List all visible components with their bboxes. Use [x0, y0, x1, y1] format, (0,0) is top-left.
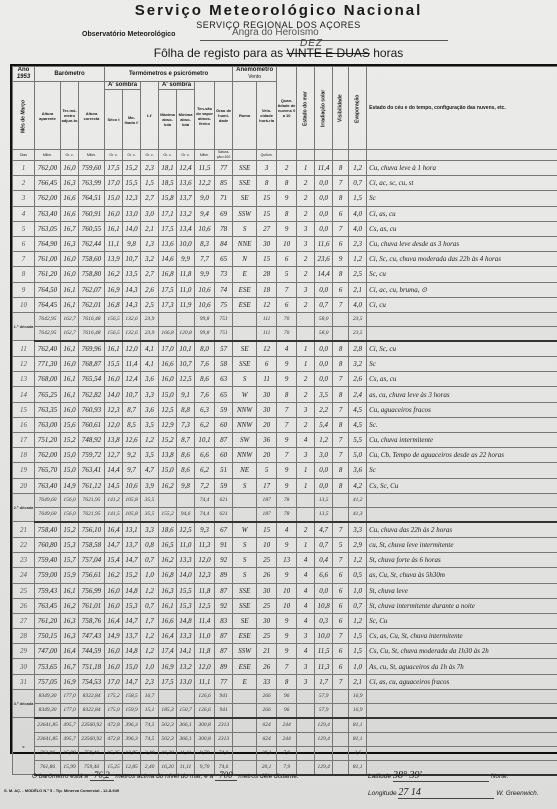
summary-cell — [233, 703, 257, 718]
day-cell: 28 — [13, 629, 35, 644]
evap-cell: 2,8 — [349, 341, 367, 357]
thermometers-header: Termómetros e psicrómetro — [105, 67, 233, 82]
sky-description: as, Cu, St, chuva às 5h30m — [367, 568, 557, 583]
day-cell: 24 — [13, 568, 35, 583]
irr-cell: 14,4 — [315, 267, 333, 282]
molh-cell: 12,3 — [123, 191, 141, 206]
summary-cell — [159, 689, 177, 703]
summary-cell: 751 — [215, 326, 233, 341]
unit-cell: Gr. c. — [123, 150, 141, 161]
sky-description: Ci, Sc, cu, chuva moderada das 22h às 4 … — [367, 252, 557, 267]
alt_ap-cell: 763,00 — [35, 417, 61, 432]
summary-cell: 187 — [257, 507, 277, 522]
irr-cell: 11,3 — [315, 659, 333, 674]
term-cell: 15,2 — [61, 433, 79, 448]
rumo-cell: S — [233, 553, 257, 568]
vis-cell: 9 — [333, 252, 349, 267]
dif-cell: 4,7 — [141, 463, 159, 478]
alt_c-cell: 744,59 — [79, 644, 105, 659]
seco-cell: 16,0 — [105, 206, 123, 221]
summary-cell: 16,9 — [349, 689, 367, 703]
hum-cell: 63 — [215, 372, 233, 387]
molh-cell: 8,7 — [123, 402, 141, 417]
tens-cell: 7,6 — [195, 387, 215, 402]
alt_ap-cell: 763,45 — [35, 598, 61, 613]
seco-cell: 16,8 — [105, 297, 123, 312]
evap-cell: 1,0 — [349, 583, 367, 598]
summary-cell: 7616,48 — [79, 312, 105, 326]
alt_c-cell: 754,53 — [79, 674, 105, 689]
summary-cell: 7,9 — [277, 746, 297, 760]
vis-cell: 8 — [333, 267, 349, 282]
mar-cell: 4 — [297, 613, 315, 628]
vis-cell: 7 — [333, 522, 349, 538]
vis-cell: 5 — [333, 537, 349, 552]
sky-description: As, cu, St, aguaceiros da 1h às 7h — [367, 659, 557, 674]
summary-cell — [233, 493, 257, 507]
seco-cell: 16,9 — [105, 282, 123, 297]
summary-cell — [233, 689, 257, 703]
summary-cell: 12,85 — [123, 746, 141, 760]
rumo-cell: W — [233, 387, 257, 402]
molh-cell: 14,3 — [123, 282, 141, 297]
summary-cell: 70 — [277, 326, 297, 341]
summary-cell: 13,5 — [315, 493, 333, 507]
vis-cell: 8 — [333, 341, 349, 357]
irr-cell: 10,8 — [315, 598, 333, 613]
summary-cell: 2313 — [215, 718, 233, 733]
unit-cell: Gr. c. — [105, 150, 123, 161]
vel-cell: 15 — [257, 522, 277, 538]
nuv-cell: 4 — [277, 522, 297, 538]
mar-cell: 4 — [297, 583, 315, 598]
decade-summary-row: 2.ª década7649,60156,07621,95141,2105,83… — [13, 493, 557, 507]
alt_c-cell: 768,87 — [79, 357, 105, 372]
summary-cell: 502,3 — [159, 718, 177, 733]
sky-description: Cs, as, cu — [367, 221, 557, 236]
register-prefix: Fôlha de registo para as — [154, 46, 283, 60]
rumo-cell: SSE — [233, 161, 257, 176]
molh-cell: 15,5 — [123, 176, 141, 191]
max-cell: 17,0 — [159, 341, 177, 357]
summary-cell: 7642,95 — [35, 326, 61, 341]
summary-cell: 156,0 — [61, 493, 79, 507]
hum-cell: 84 — [215, 236, 233, 251]
sky-description: Ci, ac, sc, cu, st — [367, 176, 557, 191]
table-row: 6764,9016,3762,4411,19,81,313,610,08,384… — [13, 236, 557, 251]
max-cell: 16,6 — [159, 357, 177, 372]
evap-cell: 2,1 — [349, 282, 367, 297]
term-cell: 16,0 — [61, 402, 79, 417]
irr-cell: 0,0 — [315, 221, 333, 236]
summary-cell: 7616,48 — [79, 326, 105, 341]
table-row: 24759,0015,9756,6116,215,21,016,814,012,… — [13, 568, 557, 583]
latitude: Latitude 38° 39' Norte. — [368, 770, 548, 782]
molh-cell: 11,4 — [123, 357, 141, 372]
alt_c-cell: 756,99 — [79, 583, 105, 598]
day-cell: 8 — [13, 267, 35, 282]
summary-cell: 941 — [215, 689, 233, 703]
vis-cell: 6 — [333, 644, 349, 659]
rumo-cell: W — [233, 522, 257, 538]
alt_ap-cell: 751,20 — [35, 433, 61, 448]
unit-cell: Milím. — [195, 150, 215, 161]
irr-cell: 0,0 — [315, 463, 333, 478]
alt_ap-cell: 758,40 — [35, 522, 61, 538]
summary-cell: 58,0 — [315, 326, 333, 341]
term-cell: 16,0 — [61, 267, 79, 282]
unit-cell: Gr. c. — [159, 150, 177, 161]
summary-cell: 396,3 — [123, 718, 141, 733]
dif-cell: 4,1 — [141, 357, 159, 372]
hum-cell: 60 — [215, 448, 233, 463]
vel-cell: 18 — [257, 282, 277, 297]
summary-cell: 74,5 — [141, 732, 159, 746]
summary-cell — [297, 732, 315, 746]
mar-cell: 3 — [297, 221, 315, 236]
summary-cell: 15,99 — [61, 746, 79, 760]
summary-empty — [367, 312, 557, 326]
month-header: Mês de Março — [13, 82, 35, 150]
seco-cell: 16,0 — [105, 644, 123, 659]
decade-summary-row: 761,8615,99759,4615,2512,852,4016,2011,1… — [13, 746, 557, 760]
term-cell: 16,1 — [61, 282, 79, 297]
max-cell: 17,3 — [159, 297, 177, 312]
vis-cell: 7 — [333, 674, 349, 689]
sky-description: Ci, cu — [367, 297, 557, 312]
evap-cell: 1,0 — [349, 659, 367, 674]
max-cell: 13,6 — [159, 236, 177, 251]
summary-cell — [177, 312, 195, 326]
sky-description: Cs, as, Cu, St, chuva intermitente — [367, 629, 557, 644]
summary-cell: 150,7 — [177, 703, 195, 718]
tens-cell: 6,6 — [195, 448, 215, 463]
rumo-cell: SSE — [233, 583, 257, 598]
mar-cell: 2 — [297, 206, 315, 221]
sky-description: St, chuva intermitente durante a noite — [367, 598, 557, 613]
sky-description: Cu, chuva das 22h às 2 horas — [367, 522, 557, 538]
tens-cell: 9,3 — [195, 522, 215, 538]
evap-cell: 4,2 — [349, 478, 367, 493]
summary-cell: 761,86 — [35, 746, 61, 760]
alt_c-cell: 764,51 — [79, 191, 105, 206]
day-cell: 22 — [13, 537, 35, 552]
summary-cell: 96 — [277, 689, 297, 703]
vel-cell: 26 — [257, 568, 277, 583]
irr-cell: 1,7 — [315, 674, 333, 689]
summary-cell: 472,8 — [105, 718, 123, 733]
sea-state-header: Estado do mar — [297, 67, 315, 150]
day-cell: 12 — [13, 357, 35, 372]
wind-speed-header: Velo-cidade horá-ria — [257, 82, 277, 150]
max-cell: 16,1 — [159, 598, 177, 613]
evap-cell: 1,5 — [349, 191, 367, 206]
tens-cell: 6,2 — [195, 417, 215, 432]
hum-cell: 92 — [215, 553, 233, 568]
molh-cell: 9,8 — [123, 236, 141, 251]
alt_ap-cell: 771,30 — [35, 357, 61, 372]
mar-cell: 3 — [297, 236, 315, 251]
decade-summary-row: 7642,95162,77616,48156,5132,623,9166,812… — [13, 326, 557, 341]
vis-cell: 7 — [333, 448, 349, 463]
hum-cell: 75 — [215, 297, 233, 312]
max-cell: 16,8 — [159, 267, 177, 282]
unit-cell: Quilóm. — [257, 150, 277, 161]
unit-cell — [233, 150, 257, 161]
vel-cell: 28 — [257, 267, 277, 282]
summary-cell: 2,40 — [141, 746, 159, 760]
wind-label: Vento — [248, 74, 261, 80]
term-cell: 16,0 — [61, 161, 79, 176]
max-cell: 16,3 — [159, 583, 177, 598]
summary-cell: 132,6 — [123, 326, 141, 341]
vel-cell: 33 — [257, 674, 277, 689]
register-title: Fôlha de registo para as VINTE E DUAS ho… — [0, 46, 557, 60]
summary-cell: 41,2 — [349, 493, 367, 507]
table-row: 27761,2016,3758,7616,414,71,716,614,811,… — [13, 613, 557, 628]
term-cell: 15,9 — [61, 568, 79, 583]
max-cell: 16,6 — [159, 613, 177, 628]
summary-cell: 495,7 — [61, 718, 79, 733]
summary-cell: 621 — [215, 507, 233, 522]
sky-description: St, chuva forte às 6 horas — [367, 553, 557, 568]
summary-cell: 57,9 — [315, 703, 333, 718]
sky-description: Sc — [367, 357, 557, 372]
hum-cell: 74 — [215, 282, 233, 297]
min-cell: 13,0 — [177, 674, 195, 689]
evap-cell: 2,6 — [349, 372, 367, 387]
dif-cell: 1,2 — [141, 583, 159, 598]
evap-cell: 4,5 — [349, 417, 367, 432]
tens-cell: 11,0 — [195, 629, 215, 644]
nuv-cell: 5 — [277, 267, 297, 282]
observatory-value: Angra do Heroísmo — [232, 27, 319, 38]
day-cell: 3 — [13, 191, 35, 206]
hum-cell: 58 — [215, 357, 233, 372]
summary-cell: 111 — [257, 312, 277, 326]
alt_ap-cell: 765,70 — [35, 463, 61, 478]
summary-cell: 111 — [257, 326, 277, 341]
dif-cell: 0,7 — [141, 553, 159, 568]
alt_ap-cell: 765,25 — [35, 387, 61, 402]
min-cell: 13,6 — [177, 176, 195, 191]
alt_ap-cell: 762,00 — [35, 191, 61, 206]
summary-cell: 166,8 — [159, 326, 177, 341]
observatory-label: Observatório Meteorológico — [82, 31, 175, 38]
hum-cell: 73 — [215, 267, 233, 282]
summary-empty — [367, 689, 557, 703]
dif-cell: 3,3 — [141, 522, 159, 538]
summary-cell: 78 — [277, 493, 297, 507]
hum-cell: 65 — [215, 252, 233, 267]
alt_ap-cell: 759,43 — [35, 583, 61, 598]
dry-header: Sêco t — [105, 90, 123, 150]
summary-cell: 7649,60 — [35, 493, 61, 507]
evap-cell: 1,5 — [349, 644, 367, 659]
summary-cell — [333, 760, 349, 775]
summary-cell: 175,2 — [105, 689, 123, 703]
sky-description: Cu, chuva leve desde as 3 horas — [367, 236, 557, 251]
seco-cell: 15,5 — [105, 357, 123, 372]
min-cell: 13,3 — [177, 629, 195, 644]
seco-cell: 13,8 — [105, 433, 123, 448]
summary-cell: 185,3 — [159, 703, 177, 718]
dif-cell: 2,3 — [141, 674, 159, 689]
evap-cell: 1,2 — [349, 252, 367, 267]
evap-cell: 1,2 — [349, 613, 367, 628]
rumo-cell: ESE — [233, 297, 257, 312]
sky-description: Sc, Cu — [367, 613, 557, 628]
summary-cell: 16,9 — [349, 703, 367, 718]
irr-cell: 0,0 — [315, 191, 333, 206]
nuv-cell: 8 — [277, 176, 297, 191]
hum-cell: 87 — [215, 433, 233, 448]
hum-cell: 71 — [215, 191, 233, 206]
molh-cell: 15,2 — [123, 161, 141, 176]
summary-cell — [333, 689, 349, 703]
nuv-cell: 9 — [277, 463, 297, 478]
summary-cell: 8349,30 — [35, 703, 61, 718]
summary-cell: 502,3 — [159, 732, 177, 746]
max-cell: 14,6 — [159, 252, 177, 267]
summary-cell — [297, 760, 315, 775]
seco-cell: 16,2 — [105, 267, 123, 282]
table-row: 21758,4015,2756,1016,413,13,318,612,59,3… — [13, 522, 557, 538]
day-cell: 26 — [13, 598, 35, 613]
nuv-cell: 10 — [277, 583, 297, 598]
nuv-cell: 7 — [277, 282, 297, 297]
summary-cell — [297, 718, 315, 733]
molh-cell: 9,2 — [123, 448, 141, 463]
summary-cell: 472,8 — [105, 732, 123, 746]
alt_c-cell: 763,99 — [79, 176, 105, 191]
alt_c-cell: 747,43 — [79, 629, 105, 644]
dif-cell: 1,5 — [141, 176, 159, 191]
vel-cell: 17 — [257, 478, 277, 493]
summary-cell: 266 — [257, 689, 277, 703]
hum-cell: 87 — [215, 583, 233, 598]
max-cell: 12,5 — [159, 402, 177, 417]
day-cell: 10 — [13, 297, 35, 312]
day-cell: 19 — [13, 463, 35, 478]
table-row: 14765,2516,1762,8214,010,73,315,09,17,66… — [13, 387, 557, 402]
alt_c-cell: 769,96 — [79, 341, 105, 357]
summary-cell: 244 — [277, 732, 297, 746]
hum-cell: 65 — [215, 387, 233, 402]
summary-cell: 23,9 — [141, 326, 159, 341]
summary-empty — [367, 326, 557, 341]
alt_c-cell: 759,60 — [79, 161, 105, 176]
alt_c-cell: 760,55 — [79, 221, 105, 236]
alt_ap-cell: 762,00 — [35, 448, 61, 463]
molh-cell: 10,7 — [123, 387, 141, 402]
mar-cell: 1 — [297, 161, 315, 176]
term-cell: 15,3 — [61, 537, 79, 552]
table-row: 8761,2016,0758,8016,213,52,716,811,89,97… — [13, 267, 557, 282]
nuv-cell: 8 — [277, 387, 297, 402]
summary-cell — [297, 689, 315, 703]
rumo-cell: SSE — [233, 357, 257, 372]
summary-cell: 156,5 — [105, 312, 123, 326]
summary-cell — [297, 326, 315, 341]
hum-cell: 67 — [215, 522, 233, 538]
max-cell: 15,0 — [159, 463, 177, 478]
mar-cell: 2 — [297, 176, 315, 191]
hum-cell: 69 — [215, 206, 233, 221]
summary-cell: 16,7 — [141, 689, 159, 703]
table-row: 9764,5016,1762,0716,914,32,617,511,010,6… — [13, 282, 557, 297]
wet-header: Mo-lhado t' — [123, 90, 141, 150]
dif-cell: 3,2 — [141, 252, 159, 267]
nuv-cell: 9 — [277, 357, 297, 372]
summary-cell: 751 — [215, 312, 233, 326]
max-cell: 16,4 — [159, 629, 177, 644]
summary-cell: 266 — [257, 703, 277, 718]
dif-cell: 1,0 — [141, 568, 159, 583]
alt_ap-cell: 761,00 — [35, 252, 61, 267]
min-cell: 15,5 — [177, 583, 195, 598]
unit-cell: Milím. — [79, 150, 105, 161]
table-row: 3762,0016,6764,5115,012,32,715,813,79,07… — [13, 191, 557, 206]
summary-empty — [367, 746, 557, 760]
unit-cell — [297, 150, 315, 161]
decade-summary-row: 3.ª década8349,30177,08322,84175,2158,51… — [13, 689, 557, 703]
alt_c-cell: 748,92 — [79, 433, 105, 448]
alt_ap-cell: 760,80 — [35, 537, 61, 552]
min-cell: 7,3 — [177, 417, 195, 432]
day-cell: 20 — [13, 478, 35, 493]
summary-cell: 96 — [277, 703, 297, 718]
day-cell: 14 — [13, 387, 35, 402]
max-cell: 16,2 — [159, 553, 177, 568]
rumo-cell: N — [233, 252, 257, 267]
evap-cell: 5,5 — [349, 433, 367, 448]
alt_c-cell: 762,01 — [79, 297, 105, 312]
alt_c-cell: 761,01 — [79, 598, 105, 613]
summary-cell: 16,20 — [159, 746, 177, 760]
vis-cell: 8 — [333, 161, 349, 176]
summary-cell: 624 — [257, 718, 277, 733]
min-cell: 8,7 — [177, 433, 195, 448]
tens-cell: 12,5 — [195, 598, 215, 613]
tens-cell: 10,1 — [195, 433, 215, 448]
vel-cell: 6 — [257, 357, 277, 372]
summary-cell: 23641,85 — [35, 732, 61, 746]
term-cell: 16,1 — [61, 583, 79, 598]
sky-state-header: Estado do céu e do tempo, configuração d… — [367, 67, 557, 150]
max-cell: 16,2 — [159, 478, 177, 493]
alt_c-cell: 757,04 — [79, 553, 105, 568]
vel-cell: 36 — [257, 433, 277, 448]
irr-cell: 5,4 — [315, 417, 333, 432]
unit-cell: Satura-ção=100 — [215, 150, 233, 161]
term-cell: 16,7 — [61, 221, 79, 236]
irr-cell: 0,0 — [315, 282, 333, 297]
max-cell: 16,9 — [159, 659, 177, 674]
term-cell: 15,2 — [61, 522, 79, 538]
sky-description: Ci, Sc, cu — [367, 341, 557, 357]
decade-summary-row: c23641,85495,723560,92472,8396,374,5502,… — [13, 718, 557, 733]
summary-cell — [297, 703, 315, 718]
summary-cell — [333, 326, 349, 341]
summary-cell: 7649,60 — [35, 507, 61, 522]
summary-empty — [367, 732, 557, 746]
mar-cell: 2 — [297, 297, 315, 312]
alt_c-cell: 758,80 — [79, 267, 105, 282]
min-cell: 12,5 — [177, 522, 195, 538]
day-cell: 1 — [13, 161, 35, 176]
mar-cell: 1 — [297, 478, 315, 493]
